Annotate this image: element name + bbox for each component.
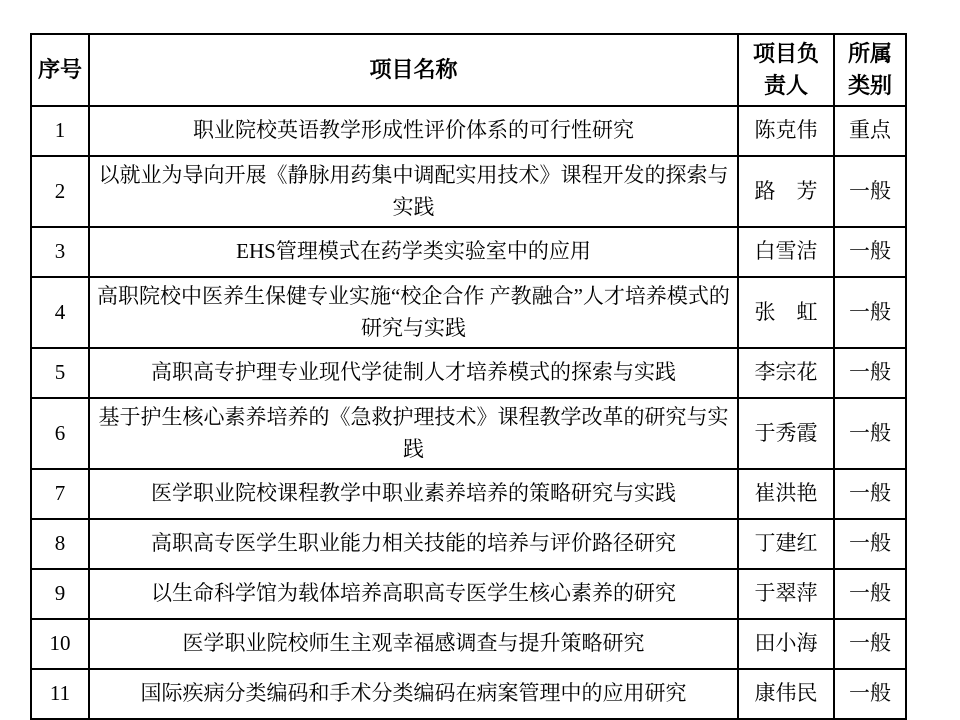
header-category: 所属 类别 [834, 34, 906, 106]
cell-category: 一般 [834, 348, 906, 398]
table-row: 5高职高专护理专业现代学徒制人才培养模式的探索与实践李宗花一般 [31, 348, 906, 398]
cell-project-name: 职业院校英语教学形成性评价体系的可行性研究 [89, 106, 738, 156]
cell-index: 1 [31, 106, 89, 156]
cell-category: 一般 [834, 619, 906, 669]
cell-leader: 田小海 [738, 619, 834, 669]
document-page: 序号 项目名称 项目负 责人 所属 类别 1职业院校英语教学形成性评价体系的可行… [0, 0, 960, 720]
cell-category: 重点 [834, 106, 906, 156]
cell-category: 一般 [834, 569, 906, 619]
cell-project-name: 高职院校中医养生保健专业实施“校企合作 产教融合”人才培养模式的研究与实践 [89, 277, 738, 348]
cell-leader: 丁建红 [738, 519, 834, 569]
cell-project-name: 以生命科学馆为载体培养高职高专医学生核心素养的研究 [89, 569, 738, 619]
cell-leader: 李宗花 [738, 348, 834, 398]
table-row: 2以就业为导向开展《静脉用药集中调配实用技术》课程开发的探索与实践路 芳一般 [31, 156, 906, 227]
table-header-row: 序号 项目名称 项目负 责人 所属 类别 [31, 34, 906, 106]
cell-index: 7 [31, 469, 89, 519]
header-index: 序号 [31, 34, 89, 106]
table-row: 11国际疾病分类编码和手术分类编码在病案管理中的应用研究康伟民一般 [31, 669, 906, 719]
table-row: 7医学职业院校课程教学中职业素养培养的策略研究与实践崔洪艳一般 [31, 469, 906, 519]
cell-category: 一般 [834, 227, 906, 277]
cell-project-name: 基于护生核心素养培养的《急救护理技术》课程教学改革的研究与实践 [89, 398, 738, 469]
table-row: 1职业院校英语教学形成性评价体系的可行性研究陈克伟重点 [31, 106, 906, 156]
cell-index: 11 [31, 669, 89, 719]
cell-category: 一般 [834, 469, 906, 519]
cell-category: 一般 [834, 398, 906, 469]
cell-category: 一般 [834, 519, 906, 569]
table-row: 9以生命科学馆为载体培养高职高专医学生核心素养的研究于翠萍一般 [31, 569, 906, 619]
cell-category: 一般 [834, 277, 906, 348]
cell-leader: 陈克伟 [738, 106, 834, 156]
header-name: 项目名称 [89, 34, 738, 106]
cell-project-name: 高职高专护理专业现代学徒制人才培养模式的探索与实践 [89, 348, 738, 398]
table-row: 8高职高专医学生职业能力相关技能的培养与评价路径研究丁建红一般 [31, 519, 906, 569]
cell-leader: 于秀霞 [738, 398, 834, 469]
cell-leader: 白雪洁 [738, 227, 834, 277]
cell-leader: 张 虹 [738, 277, 834, 348]
cell-index: 2 [31, 156, 89, 227]
cell-index: 10 [31, 619, 89, 669]
table-row: 4高职院校中医养生保健专业实施“校企合作 产教融合”人才培养模式的研究与实践张 … [31, 277, 906, 348]
cell-index: 3 [31, 227, 89, 277]
cell-index: 8 [31, 519, 89, 569]
header-leader: 项目负 责人 [738, 34, 834, 106]
cell-index: 5 [31, 348, 89, 398]
table-row: 6基于护生核心素养培养的《急救护理技术》课程教学改革的研究与实践于秀霞一般 [31, 398, 906, 469]
cell-index: 9 [31, 569, 89, 619]
cell-project-name: 医学职业院校师生主观幸福感调查与提升策略研究 [89, 619, 738, 669]
cell-leader: 于翠萍 [738, 569, 834, 619]
project-table: 序号 项目名称 项目负 责人 所属 类别 1职业院校英语教学形成性评价体系的可行… [30, 33, 907, 720]
cell-leader: 康伟民 [738, 669, 834, 719]
cell-project-name: 以就业为导向开展《静脉用药集中调配实用技术》课程开发的探索与实践 [89, 156, 738, 227]
cell-category: 一般 [834, 669, 906, 719]
table-body: 1职业院校英语教学形成性评价体系的可行性研究陈克伟重点2以就业为导向开展《静脉用… [31, 106, 906, 719]
cell-index: 4 [31, 277, 89, 348]
cell-project-name: 医学职业院校课程教学中职业素养培养的策略研究与实践 [89, 469, 738, 519]
table-row: 3EHS管理模式在药学类实验室中的应用白雪洁一般 [31, 227, 906, 277]
cell-leader: 崔洪艳 [738, 469, 834, 519]
table-row: 10医学职业院校师生主观幸福感调查与提升策略研究田小海一般 [31, 619, 906, 669]
cell-project-name: EHS管理模式在药学类实验室中的应用 [89, 227, 738, 277]
cell-project-name: 国际疾病分类编码和手术分类编码在病案管理中的应用研究 [89, 669, 738, 719]
cell-category: 一般 [834, 156, 906, 227]
cell-project-name: 高职高专医学生职业能力相关技能的培养与评价路径研究 [89, 519, 738, 569]
cell-index: 6 [31, 398, 89, 469]
cell-leader: 路 芳 [738, 156, 834, 227]
